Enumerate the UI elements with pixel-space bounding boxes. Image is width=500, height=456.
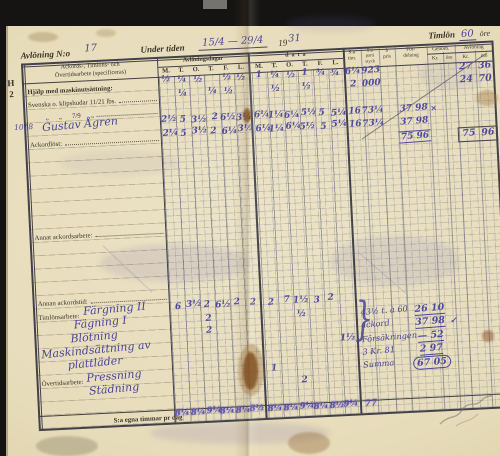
day-value: ¼ [270, 70, 280, 81]
sum-value-sa_tim: 16 [348, 106, 361, 117]
sum-value-sa_tim: 16 [349, 119, 362, 130]
ledger-sheet: Avlöning N:o 17 Under tiden 15/4 — 29/4 … [12, 21, 500, 436]
day-value: 3 [313, 295, 320, 305]
day-value: ¼ [176, 74, 186, 85]
row-label-wrap: S:a egna timmar pr dag [43, 410, 182, 428]
sum-value-fordelning: 37 98 [399, 102, 428, 114]
day-value: 2 [301, 375, 308, 385]
day-value: 6½ [215, 299, 231, 310]
day-value: 9¼ [343, 398, 358, 409]
day-value: 8½ [249, 403, 264, 414]
day-value: 8¼ [174, 407, 189, 418]
dotted-leader [65, 139, 159, 146]
row-label: Övertidsarbete: [42, 379, 84, 388]
avloning-ore: 70 [478, 73, 492, 85]
day-value: 1 [255, 70, 262, 80]
day-value: ½ [297, 309, 307, 320]
avloning-kr: 27 [459, 60, 473, 72]
corner-scribble [436, 392, 496, 432]
day-value: ½ [301, 82, 311, 93]
day-value: ½ [271, 84, 281, 95]
margin-number: 1018 [14, 122, 34, 132]
day-value: ¾ [316, 68, 326, 79]
sum-value-sa_parti: 923 [361, 65, 380, 76]
calc-line-value: — 52 [417, 329, 444, 343]
trailing-total: 77 [364, 398, 377, 409]
fordelning-total: 75 96 [398, 129, 431, 143]
day-value: ½ [223, 86, 233, 97]
day-value: 8¼ [190, 407, 205, 418]
day-value: 2 [211, 112, 218, 122]
avloning-total-kr: 75 [462, 127, 476, 139]
row-label: Annat ackordsarbete: [34, 232, 92, 242]
day-value: 7 [283, 295, 290, 305]
row-label: S:a egna timmar pr dag [114, 414, 183, 424]
calc-line-value: 2 97 [419, 342, 443, 356]
day-value: 8¼ [219, 405, 234, 416]
day-value: 3½ [191, 126, 207, 137]
calc-line-label: 3 Kr. 81 [362, 344, 395, 357]
avloning-total-ore: 96 [481, 126, 495, 138]
scanned-payroll-ledger-photo: { "header": { "avloning_label": "Avlönin… [0, 0, 500, 456]
sum-value-sa_parti: 73¼ [362, 118, 385, 130]
sum-value-sa_parti: 73¼ [361, 105, 384, 117]
day-value: 6¼ [284, 110, 300, 121]
day-value: 8¼ [313, 400, 328, 411]
day-value: 5 [180, 129, 187, 139]
day-value: 6 [174, 302, 181, 312]
day-value: ½ [222, 72, 232, 83]
day-value: 6½ [220, 112, 236, 123]
day-value: ½ [235, 72, 245, 83]
day-value: 2 [327, 293, 334, 303]
calc-line-label: Summa [363, 357, 395, 370]
day-value: ½ [160, 74, 170, 85]
sum-value-fordelning: 37 98 [400, 116, 429, 128]
day-value: ½ [192, 74, 202, 85]
day-value: 5¼ [331, 119, 347, 130]
day-value: 8¼ [283, 403, 298, 414]
day-value: 2¼ [162, 128, 178, 139]
day-value: 3¼ [236, 112, 252, 123]
avloning-ore: 36 [478, 59, 492, 71]
photo-edge-notch [203, 0, 227, 9]
dotted-leader [95, 232, 163, 237]
day-value: ½ [286, 70, 296, 81]
day-value: 1¼ [269, 124, 285, 135]
day-value: 5 [319, 108, 326, 118]
dotted-leader [119, 99, 157, 103]
day-value: ¾ [330, 68, 340, 79]
day-value: 2 [205, 314, 212, 324]
day-value: 2 [210, 126, 217, 136]
day-value: 2 [203, 300, 210, 310]
calc-check: ✓ [450, 315, 457, 325]
day-value: 6¼ [221, 126, 237, 137]
row-label-wrap: Ackordlöst: [30, 132, 161, 149]
day-value: 2½ [161, 114, 177, 125]
calc-line-value: 37 98 [415, 315, 446, 329]
day-value: ¼ [207, 86, 217, 97]
table-body: Hjälp med maskinutsättning:½¼½½½1¼½1¾¾6¼… [12, 21, 500, 436]
day-value: 3½ [185, 299, 201, 310]
calc-line-label: ackord [361, 318, 390, 330]
check-mark: × [430, 102, 437, 112]
day-value: 1¼ [267, 110, 283, 121]
day-value: ¼ [178, 88, 188, 99]
row-label-wrap: Annat ackordsarbete: [34, 225, 165, 242]
day-value: 3½ [237, 124, 253, 135]
day-value: 8¼ [267, 403, 282, 414]
day-value: 1½ [292, 295, 308, 306]
day-value: 5¼ [330, 107, 346, 118]
day-value: 1 [270, 363, 277, 373]
day-value: 1 [301, 68, 308, 78]
avloning-kr: 24 [459, 74, 473, 86]
day-value: 5 [179, 114, 186, 124]
sum-value-sa_parti: 000 [362, 78, 381, 89]
calc-line-value: 26 10 [414, 302, 445, 316]
calc-line-value: 67 05 [413, 355, 452, 371]
day-value: 5½ [300, 107, 316, 118]
day-value: 5½ [299, 121, 315, 132]
day-value: 2 [267, 297, 274, 307]
row-label: Annan ackordstid: [38, 299, 88, 308]
day-value: 2 [206, 325, 213, 335]
sum-value-sa_tim: 6¼ [345, 66, 361, 77]
day-value: 5 [320, 122, 327, 132]
day-value: 2 [233, 297, 240, 307]
day-value: 3½ [190, 114, 206, 125]
day-value: 1½ [340, 332, 356, 343]
sum-value-sa_tim: 2 [350, 79, 357, 89]
day-value: 2 [249, 297, 256, 307]
row-label: Ackordlöst: [30, 140, 62, 149]
